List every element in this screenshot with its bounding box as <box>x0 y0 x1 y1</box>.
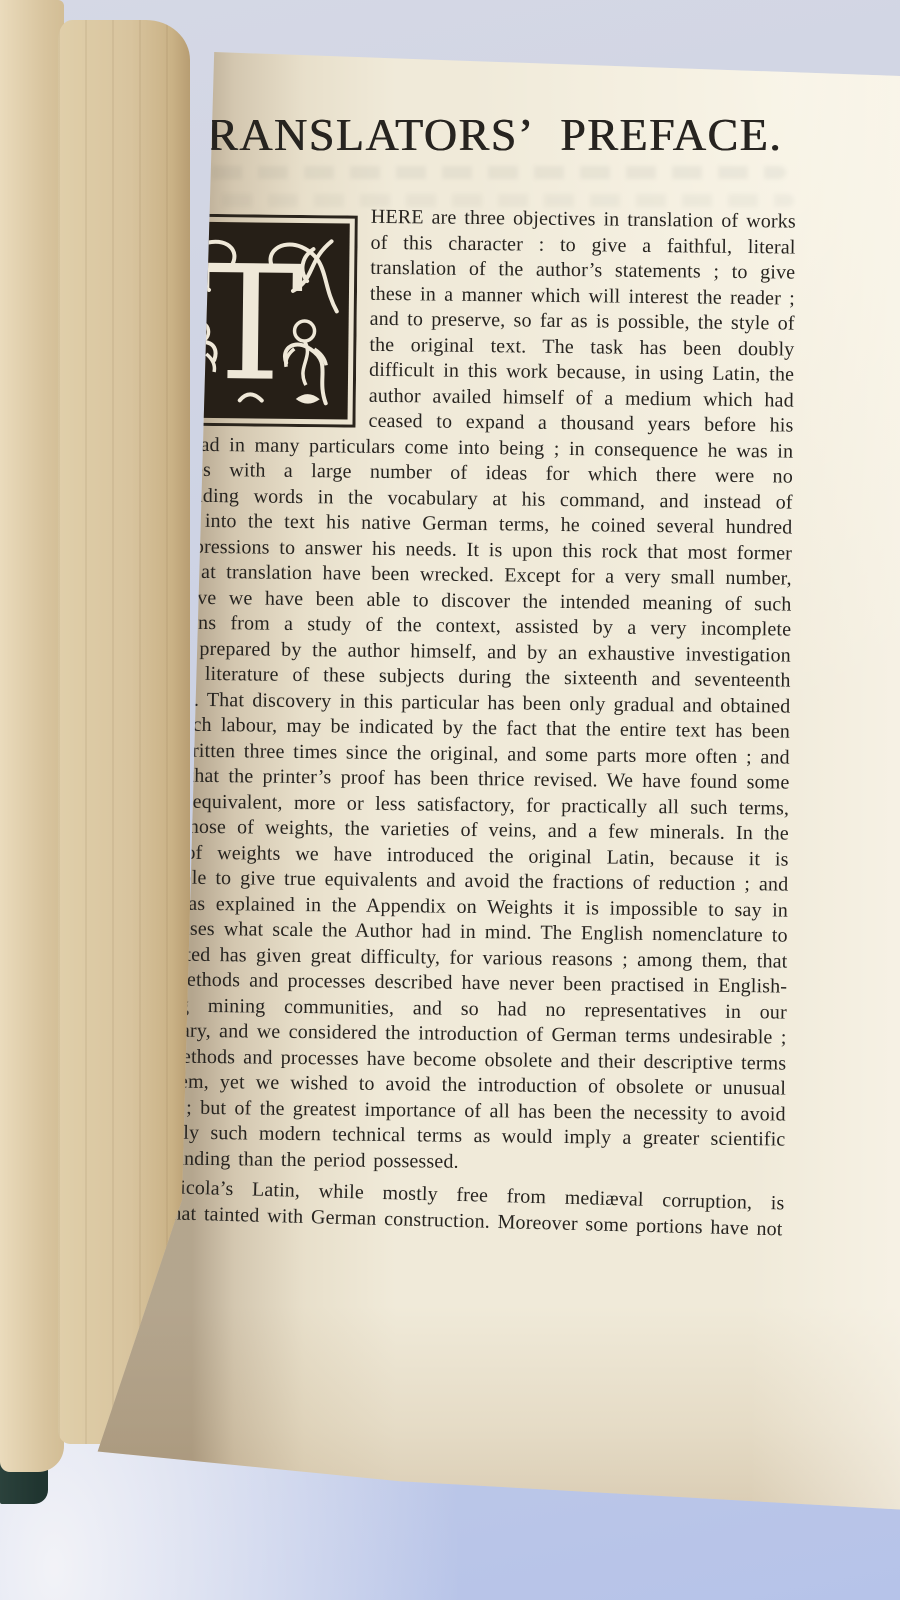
paragraph: T HERE are three objectives in translati… <box>115 202 796 1179</box>
book-photo: TRANSLATORS’ PREFACE. <box>0 0 900 1600</box>
paragraph: Agricola’s Latin, while mostly free from… <box>114 1174 785 1243</box>
show-through-text <box>166 166 786 179</box>
book-page: TRANSLATORS’ PREFACE. <box>96 26 900 1514</box>
page-edges-outer <box>0 0 64 1472</box>
paragraph-text: Agricola’s Latin, while mostly free from… <box>114 1176 785 1240</box>
preface-body: T HERE are three objectives in translati… <box>114 202 796 1233</box>
svg-text:T: T <box>197 232 305 417</box>
page-title: TRANSLATORS’ PREFACE. <box>140 108 820 161</box>
page-edges-inner <box>58 20 190 1444</box>
